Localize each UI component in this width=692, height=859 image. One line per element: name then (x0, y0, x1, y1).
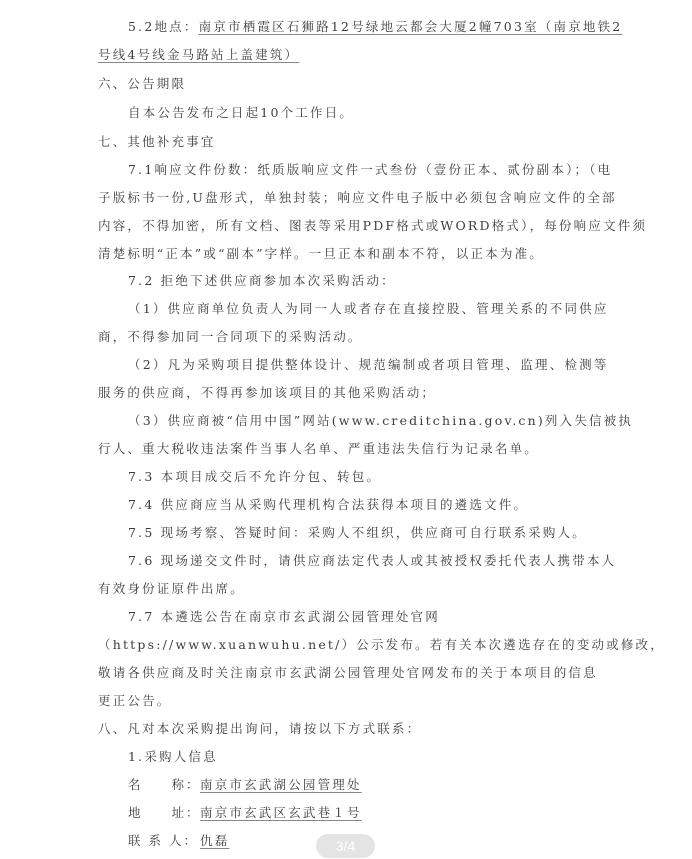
paragraph: 7.7 本遴选公告在南京市玄武湖公园管理处官网 (128, 608, 628, 626)
contact-address-row: 地 址：南京市玄武区玄武巷１号 (128, 804, 628, 822)
paragraph: 7.6 现场递交文件时，请供应商法定代表人或其被授权委托代表人携带本人 (128, 552, 628, 570)
paragraph: 清楚标明“正本”或“副本”字样。一旦正本和副本不符，以正本为准。 (98, 245, 598, 263)
paragraph: （https://www.xuanwuhu.net/）公示发布。若有关本次遴选存… (98, 636, 598, 654)
paragraph: 内容，不得加密，所有文档、图表等采用PDF格式或WORD格式），每份响应文件须 (98, 217, 598, 235)
section-heading-8: 八、凡对本次采购提出询问，请按以下方式联系： (98, 720, 598, 738)
paragraph: 子版标书一份,U盘形式，单独封装；响应文件电子版中必须包含响应文件的全部 (98, 189, 598, 207)
paragraph: 服务的供应商，不得再参加该项目的其他采购活动； (98, 384, 598, 402)
contact-name-row: 名 称：南京市玄武湖公园管理处 (128, 776, 628, 794)
section-heading-7: 七、其他补充事宜 (98, 133, 598, 151)
purchaser-info-heading: 1.采购人信息 (128, 748, 628, 766)
paragraph: 有效身份证原件出席。 (98, 580, 598, 598)
document-page: 5.2地点：南京市栖霞区石狮路12号绿地云都会大厦2幢703室（南京地铁2 号线… (0, 0, 692, 859)
location-address: 南京市栖霞区石狮路12号绿地云都会大厦2幢703室（南京地铁2 (199, 19, 623, 34)
contact-person-label: 联 系 人： (128, 832, 200, 850)
location-address-cont: 号线4号线金马路站上盖建筑） (98, 47, 299, 62)
contact-person-value: 仇磊 (200, 833, 229, 848)
section-heading-6: 六、公告期限 (98, 75, 598, 93)
contact-name-value: 南京市玄武湖公园管理处 (200, 777, 362, 792)
paragraph: 7.1响应文件份数：纸质版响应文件一式叁份（壹份正本、贰份副本）；（电 (128, 161, 628, 179)
location-label: 5.2地点： (128, 19, 199, 34)
paragraph: 7.2 拒绝下述供应商参加本次采购活动： (128, 272, 628, 290)
contact-address-value: 南京市玄武区玄武巷１号 (200, 805, 362, 820)
paragraph: 更正公告。 (98, 692, 598, 710)
paragraph: 7.4 供应商应当从采购代理机构合法获得本项目的遴选文件。 (128, 496, 628, 514)
paragraph: 行人、重大税收违法案件当事人名单、严重违法失信行为记录名单。 (98, 440, 598, 458)
page-indicator: 3/4 (316, 834, 375, 858)
paragraph: （1）供应商单位负责人为同一人或者存在直接控股、管理关系的不同供应 (128, 300, 628, 318)
paragraph: 商，不得参加同一合同项下的采购活动。 (98, 328, 598, 346)
location-line-1: 5.2地点：南京市栖霞区石狮路12号绿地云都会大厦2幢703室（南京地铁2 (128, 18, 628, 36)
paragraph: （3）供应商被“信用中国”网站(www.creditchina.gov.cn)列… (128, 412, 628, 430)
contact-name-label: 名 称： (128, 776, 200, 794)
location-line-2: 号线4号线金马路站上盖建筑） (98, 46, 598, 64)
paragraph: 自本公告发布之日起10个工作日。 (128, 104, 628, 122)
paragraph: 敬请各供应商及时关注南京市玄武湖公园管理处官网发布的关于本项目的信息 (98, 664, 598, 682)
contact-person-row: 联 系 人：仇磊 (128, 832, 628, 850)
paragraph: 7.3 本项目成交后不允许分包、转包。 (128, 468, 628, 486)
contact-address-label: 地 址： (128, 804, 200, 822)
paragraph: （2）凡为采购项目提供整体设计、规范编制或者项目管理、监理、检测等 (128, 356, 628, 374)
paragraph: 7.5 现场考察、答疑时间：采购人不组织，供应商可自行联系采购人。 (128, 524, 628, 542)
